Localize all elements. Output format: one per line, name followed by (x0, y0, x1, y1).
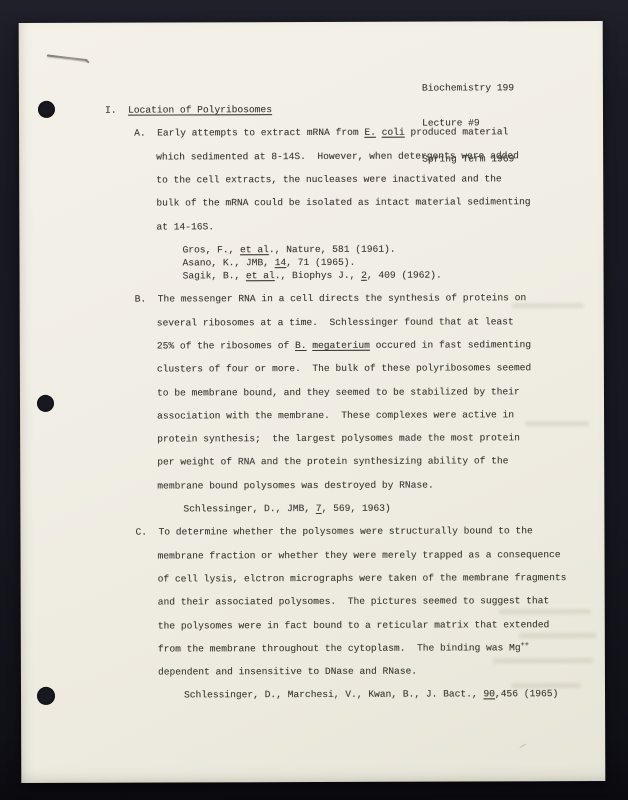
document-line: clusters of four or more. The bulk of th… (157, 362, 531, 374)
text-segment: Schlessinger, D., Marchesi, V., Kwan, B.… (184, 689, 483, 701)
document-line: association with the membrane. These com… (157, 409, 514, 421)
text-segment: clusters of four or more. The bulk of th… (157, 362, 531, 374)
text-segment: ., Nature, 581 (1961). (269, 244, 396, 255)
document-line: at 14-16S. (156, 221, 214, 232)
text-segment: several ribosomes at a time. Schlessinge… (157, 316, 514, 328)
document-line: of cell lysis, elctron micrographs were … (158, 572, 567, 584)
document-line: Asano, K., JMB, 14, 71 (1965). (182, 257, 355, 269)
text-segment: membrane bound polysomes was destroyed b… (157, 479, 433, 491)
text-segment: at 14-16S. (156, 221, 214, 232)
document-line: which sedimented at 8-14S. However, when… (156, 150, 519, 162)
document-page: Biochemistry 199 Lecture #9 Spring Term … (19, 21, 606, 783)
document-line: to the cell extracts, the nucleases were… (156, 173, 501, 185)
document-line: Schlessinger, D., Marchesi, V., Kwan, B.… (184, 689, 558, 701)
underlined-text: 90 (483, 689, 495, 700)
underlined-text: B. (295, 340, 307, 351)
document-line: to be membrane bound, and they seemed to… (157, 386, 520, 398)
bleed-through-mark (525, 421, 589, 426)
document-line: membrane bound polysomes was destroyed b… (157, 479, 433, 491)
text-segment: Gros, F., (182, 244, 240, 255)
scan-background: Biochemistry 199 Lecture #9 Spring Term … (0, 0, 628, 800)
document-line: Sagik, B., et al., Biophys J., 2, 409 (1… (183, 270, 442, 282)
bleed-through-mark (499, 609, 591, 614)
text-segment: association with the membrane. These com… (157, 409, 514, 421)
bleed-through-mark (493, 658, 593, 663)
text-segment: of cell lysis, elctron micrographs were … (158, 572, 567, 584)
text-segment: from the membrane throughout the cytopla… (158, 642, 521, 654)
text-segment: Schlessinger, D., JMB, (183, 503, 315, 514)
bleed-through-mark (511, 683, 581, 688)
text-segment: ., Biophys J., (275, 270, 361, 281)
bleed-through-mark (519, 633, 597, 638)
document-line: 25% of the ribosomes of B. megaterium oc… (157, 339, 531, 351)
text-segment: B. The messenger RNA in a cell directs t… (135, 293, 527, 305)
document-line: protein synthesis; the largest polysomes… (157, 432, 520, 444)
document-line: A. Early attempts to extract mRNA from E… (134, 127, 508, 139)
text-segment: protein synthesis; the largest polysomes… (157, 432, 520, 444)
text-segment: ,456 (1965) (495, 689, 558, 700)
document-line: Schlessinger, D., JMB, 7, 569, 1963) (183, 503, 390, 515)
text-segment: the polysomes were in fact bound to a re… (158, 619, 550, 631)
document-line: from the membrane throughout the cytopla… (158, 642, 529, 654)
text-segment: membrane fraction or whether they were m… (158, 549, 561, 561)
text-segment: A. Early attempts to extract mRNA from (134, 127, 364, 139)
document-line: C. To determine whether the polysomes we… (135, 526, 532, 538)
document-line: membrane fraction or whether they were m… (158, 549, 561, 561)
underlined-text: et al (240, 244, 269, 255)
underlined-text: E. (364, 127, 376, 138)
underlined-text: et al (246, 270, 275, 281)
text-segment: and their associated polysomes. The pict… (158, 595, 550, 607)
underlined-text: 14 (275, 257, 287, 268)
document-line: I. Location of Polyribosomes (105, 104, 272, 116)
superscript-text: ++ (521, 642, 529, 650)
document-line: and their associated polysomes. The pict… (158, 595, 550, 607)
document-line: B. The messenger RNA in a cell directs t… (135, 293, 527, 305)
underlined-text: Location of Polyribosomes (128, 104, 272, 116)
text-segment: Asano, K., JMB, (182, 257, 274, 268)
document-line: several ribosomes at a time. Schlessinge… (157, 316, 514, 328)
underlined-text: megaterium (312, 340, 370, 351)
text-segment: per weight of RNA and the protein synthe… (157, 456, 508, 468)
typewritten-text: I. Location of PolyribosomesA. Early att… (19, 21, 606, 783)
document-line: Gros, F., et al., Nature, 581 (1961). (182, 244, 395, 256)
document-line: per weight of RNA and the protein synthe… (157, 456, 508, 468)
bleed-through-mark (512, 303, 584, 308)
text-segment: produced material (405, 127, 509, 138)
text-segment: which sedimented at 8-14S. However, when… (156, 150, 519, 162)
document-line: bulk of the mRNA could be isolated as in… (156, 196, 530, 208)
document-line: the polysomes were in fact bound to a re… (158, 619, 550, 631)
underlined-text: coli (382, 127, 405, 138)
text-segment: occured in fast sedimenting (370, 339, 531, 351)
text-segment: , 569, 1963) (322, 503, 391, 514)
text-segment: 25% of the ribosomes of (157, 340, 295, 351)
document-line: dependent and insensitive to DNase and R… (158, 666, 417, 678)
text-segment: bulk of the mRNA could be isolated as in… (156, 196, 530, 208)
text-segment: to the cell extracts, the nucleases were… (156, 173, 501, 185)
text-segment: , 71 (1965). (286, 257, 355, 268)
text-segment: C. To determine whether the polysomes we… (135, 526, 532, 538)
text-segment: , 409 (1962). (367, 270, 442, 281)
text-segment: to be membrane bound, and they seemed to… (157, 386, 520, 398)
text-segment: dependent and insensitive to DNase and R… (158, 666, 417, 678)
text-segment: I. (105, 105, 128, 116)
text-segment: Sagik, B., (183, 270, 246, 281)
